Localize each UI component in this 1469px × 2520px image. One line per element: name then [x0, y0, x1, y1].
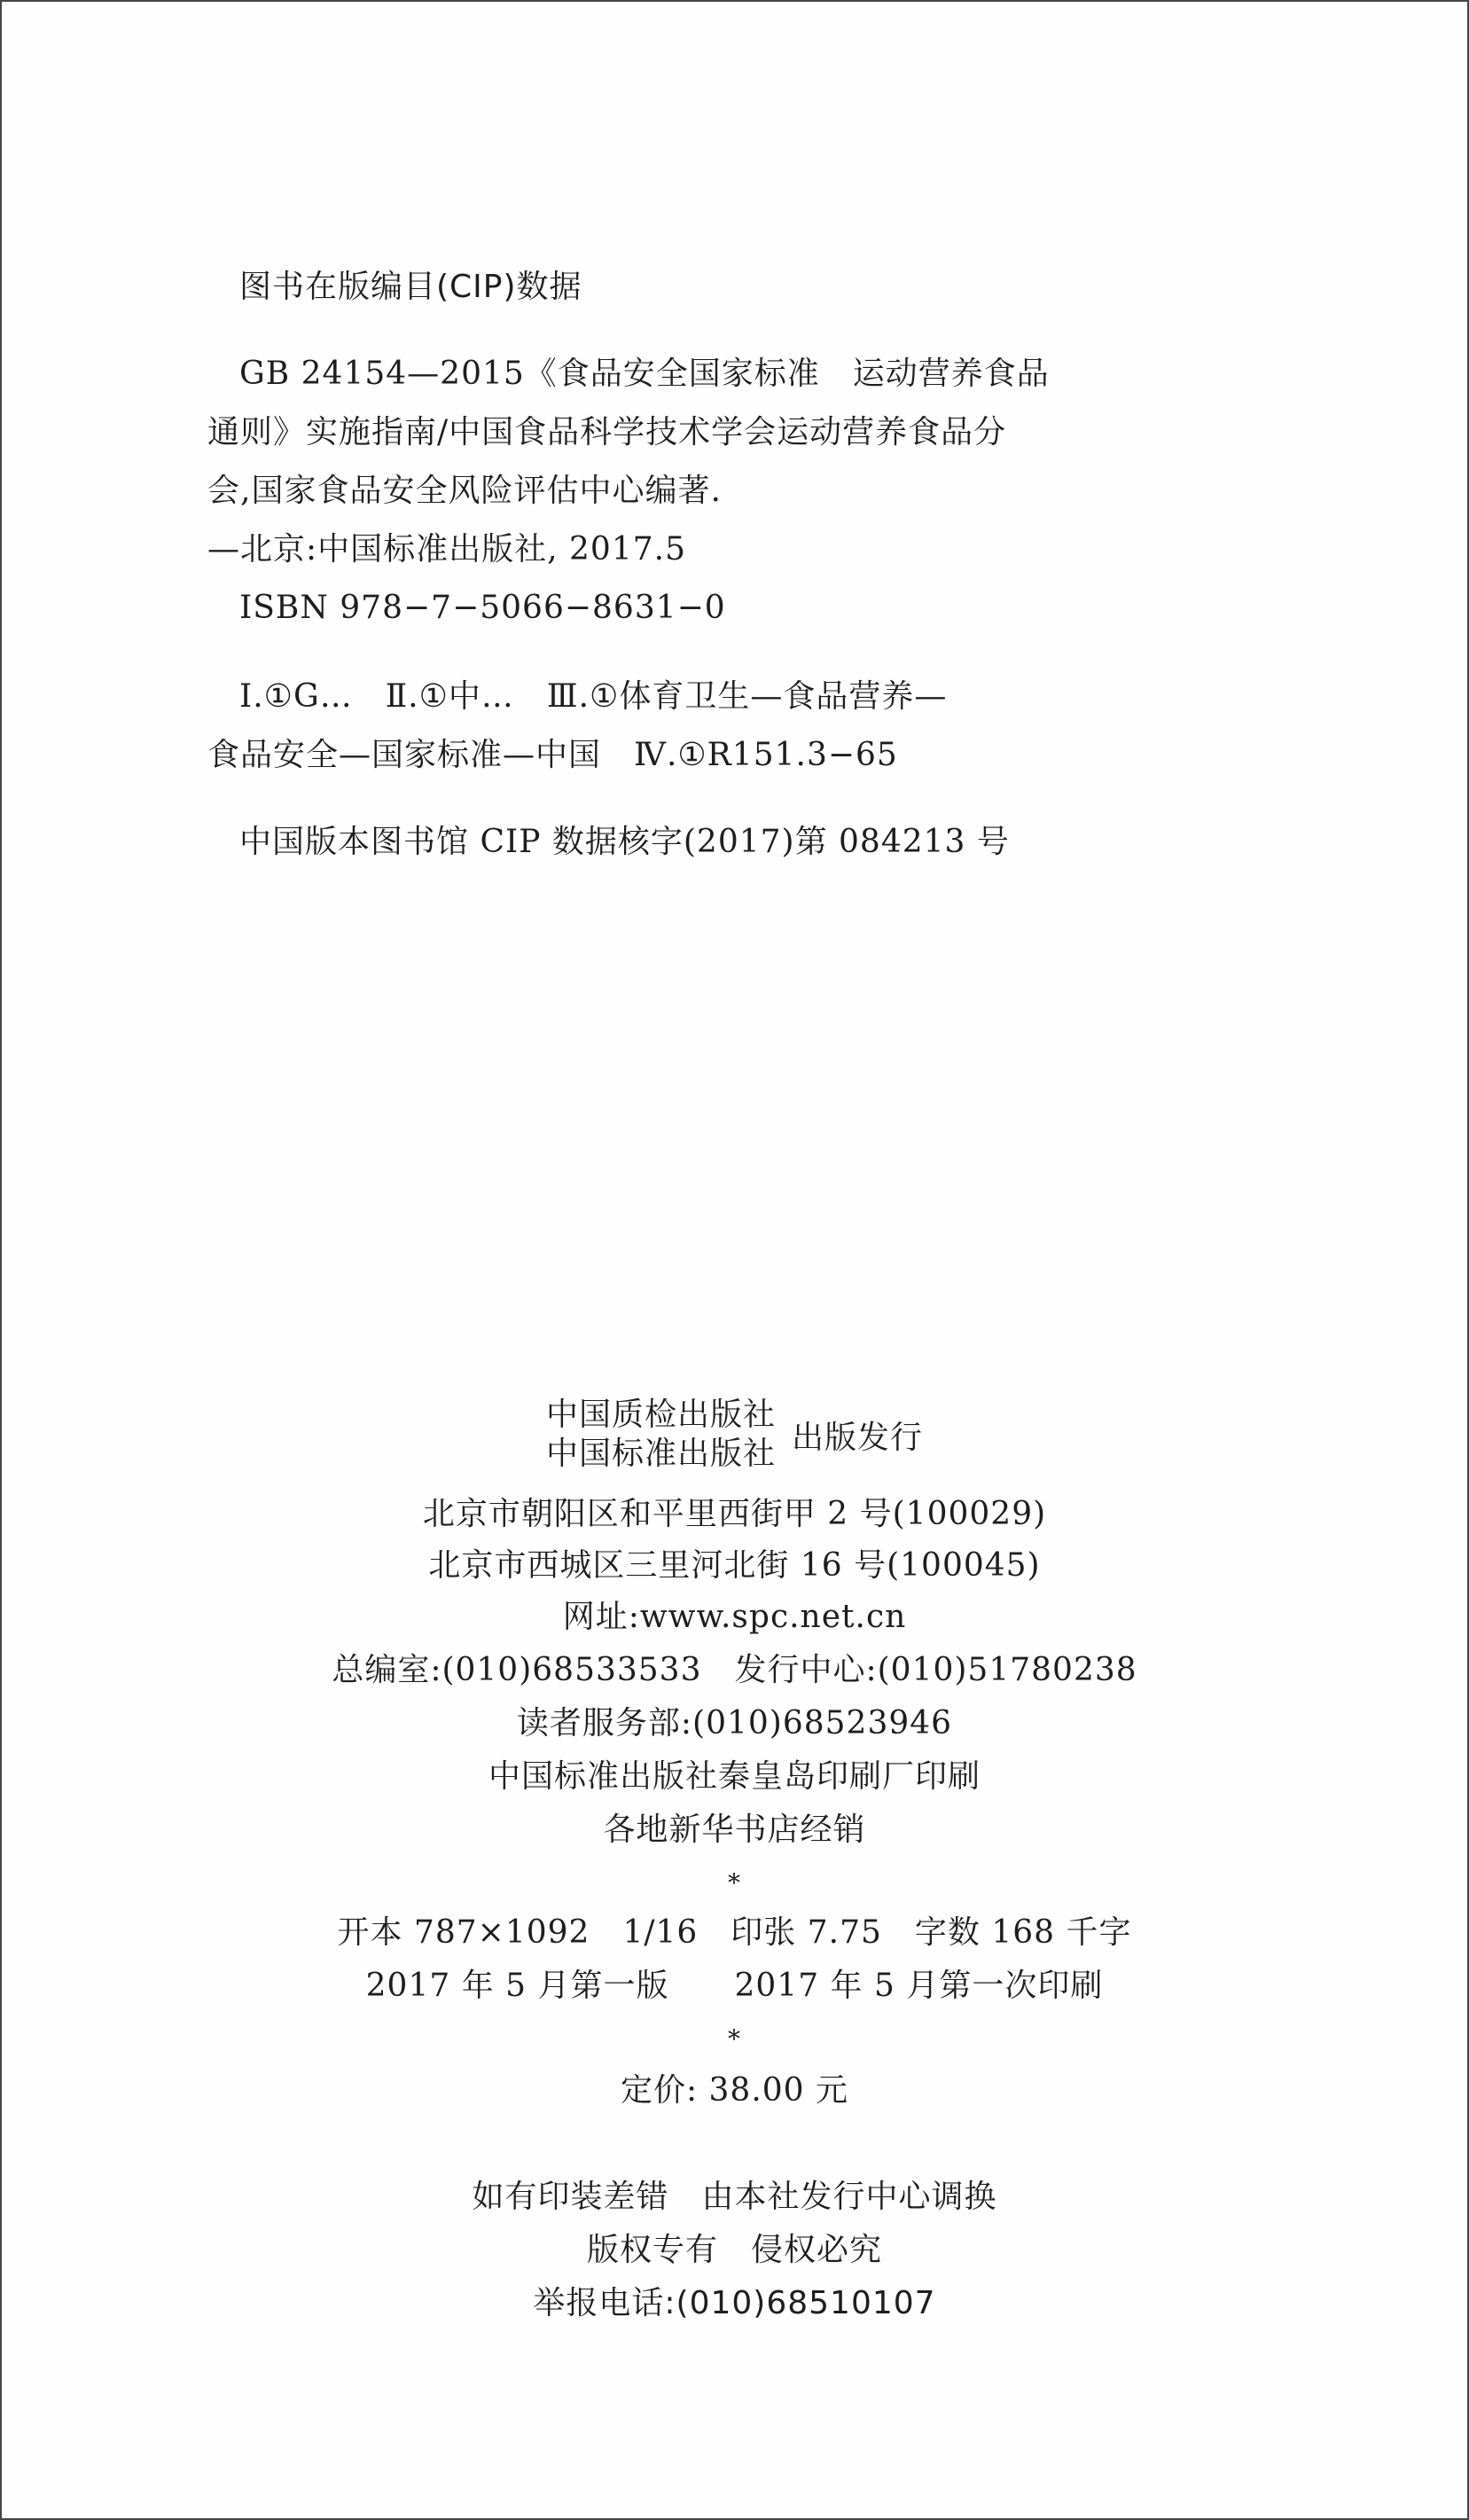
separator-star: *	[2, 1864, 1467, 1903]
publisher-name: 中国标准出版社	[546, 1435, 776, 1474]
printer: 中国标准出版社秦皇岛印刷厂印刷	[2, 1757, 1467, 1796]
phones: 总编室:(010)68533533 发行中心:(010)51780238	[2, 1651, 1467, 1690]
notice-report-phone: 举报电话:(010)68510107	[2, 2284, 1467, 2323]
distributor: 各地新华书店经销	[2, 1811, 1467, 1850]
edition-info: 2017 年 5 月第一版 2017 年 5 月第一次印刷	[2, 1967, 1467, 2006]
publisher-names: 中国质检出版社 中国标准出版社	[546, 1396, 776, 1474]
website: 网址:www.spc.net.cn	[2, 1598, 1467, 1637]
cip-verification: 中国版本图书馆 CIP 数据核字(2017)第 084213 号	[239, 823, 1010, 862]
publish-action: 出版发行	[792, 1413, 923, 1458]
cip-classification-1: Ⅰ.①G… Ⅱ.①中… Ⅲ.①体育卫生—食品营养—	[239, 677, 947, 716]
cip-line-authors: 会,国家食品安全风险评估中心编著.	[207, 472, 722, 511]
cip-line-isbn: ISBN 978−7−5066−8631−0	[239, 589, 726, 628]
notice-exchange: 如有印装差错 由本社发行中心调换	[2, 2178, 1467, 2217]
copyright-page: 图书在版编目(CIP)数据 GB 24154—2015《食品安全国家标准 运动营…	[0, 0, 1469, 2520]
cip-line-title: GB 24154—2015《食品安全国家标准 运动营养食品	[239, 355, 1050, 394]
cip-classification-2: 食品安全—国家标准—中国 Ⅳ.①R151.3−65	[207, 736, 898, 775]
notice-copyright: 版权专有 侵权必究	[2, 2231, 1467, 2270]
separator-star: *	[2, 2020, 1467, 2059]
cip-line-publisher: —北京:中国标准出版社, 2017.5	[207, 530, 686, 569]
address-1: 北京市朝阳区和平里西街甲 2 号(100029)	[2, 1495, 1467, 1534]
price: 定价: 38.00 元	[2, 2071, 1467, 2110]
cip-line-title-cont: 通则》实施指南/中国食品科学技术学会运动营养食品分	[207, 413, 1006, 452]
reader-service: 读者服务部:(010)68523946	[2, 1704, 1467, 1743]
publisher-name: 中国质检出版社	[546, 1396, 776, 1435]
address-2: 北京市西城区三里河北街 16 号(100045)	[2, 1546, 1467, 1585]
book-specs: 开本 787×1092 1/16 印张 7.75 字数 168 千字	[2, 1913, 1467, 1953]
publisher-block: 中国质检出版社 中国标准出版社 出版发行	[2, 1396, 1467, 1474]
cip-heading: 图书在版编目(CIP)数据	[239, 268, 582, 307]
